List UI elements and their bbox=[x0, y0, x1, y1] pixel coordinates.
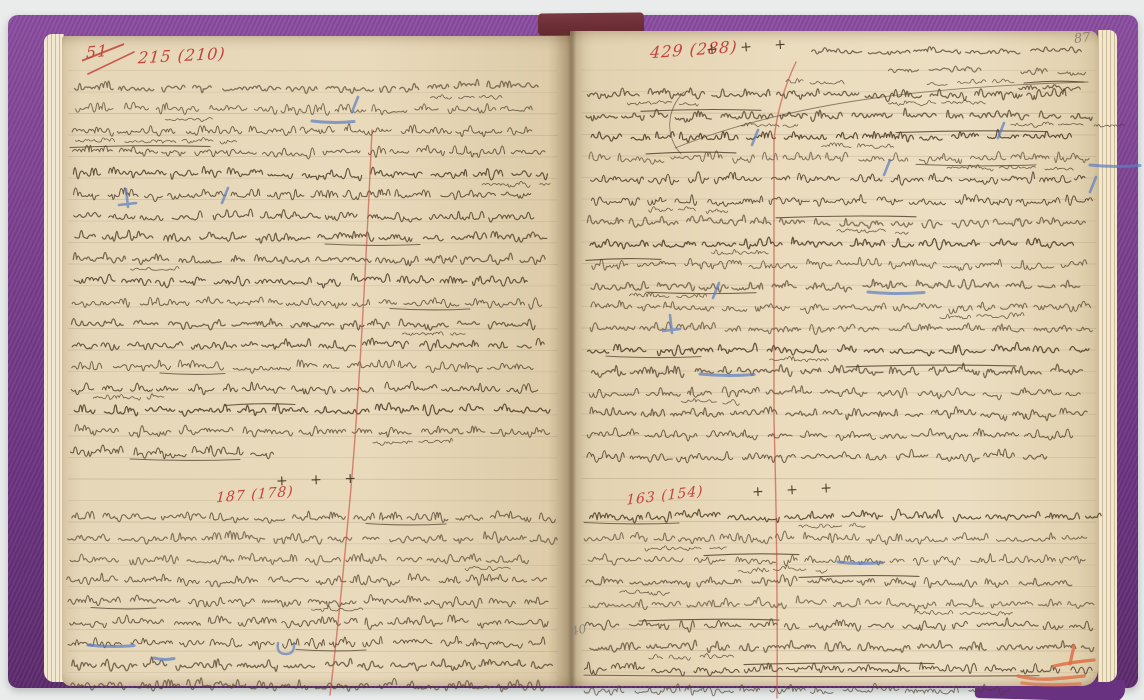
left-red-foliation: 215 (210) bbox=[137, 46, 226, 67]
right-corner-page-number: 87 bbox=[1073, 31, 1091, 46]
right-corner-page-number-text: 87 bbox=[1073, 30, 1091, 47]
right-margin-number-text: 40 bbox=[570, 622, 588, 639]
handwriting-layer bbox=[0, 0, 1144, 700]
right-margin-number: 40 bbox=[570, 623, 587, 638]
manuscript-photo: 51 215 (210) + + + 187 (178) 429 (288) +… bbox=[0, 0, 1144, 700]
left-struck-folio: 51 bbox=[86, 43, 108, 61]
